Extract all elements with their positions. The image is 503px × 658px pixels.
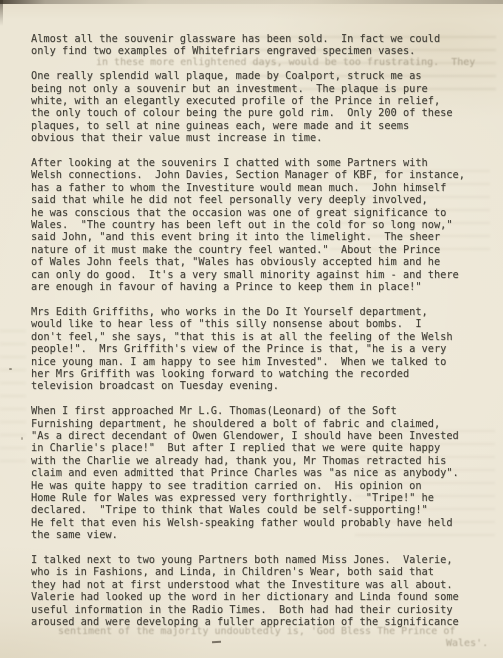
scanned-letter-page: in these more enlightened days, would be…	[0, 0, 503, 658]
document-body: Almost all the souvenir glassware has be…	[31, 33, 493, 641]
ghost-showthrough-text: sentiment of the majority undoubtedly is…	[58, 626, 455, 638]
paragraph-mrs-griffiths: Mrs Edith Griffiths, who works in the Do…	[31, 306, 493, 393]
paragraph-mr-thomas: When I first approached Mr L.G. Thomas(L…	[31, 405, 493, 541]
paragraph-glassware: Almost all the souvenir glassware has be…	[31, 33, 493, 58]
showthrough-smudge	[0, 330, 26, 470]
ink-fleck	[21, 437, 23, 440]
pencil-mark	[212, 641, 221, 643]
scan-edge-shadow	[0, 0, 503, 4]
paragraph-wall-plaque: One really splendid wall plaque, made by…	[31, 70, 493, 144]
ghost-showthrough-text: Wales'.	[446, 638, 488, 650]
paragraph-john-davies: After looking at the souvenirs I chatted…	[31, 157, 493, 293]
paragraph-miss-jones: I talked next to two young Partners both…	[31, 554, 493, 628]
ink-fleck	[9, 368, 12, 370]
scan-edge-shadow-left	[0, 0, 3, 26]
